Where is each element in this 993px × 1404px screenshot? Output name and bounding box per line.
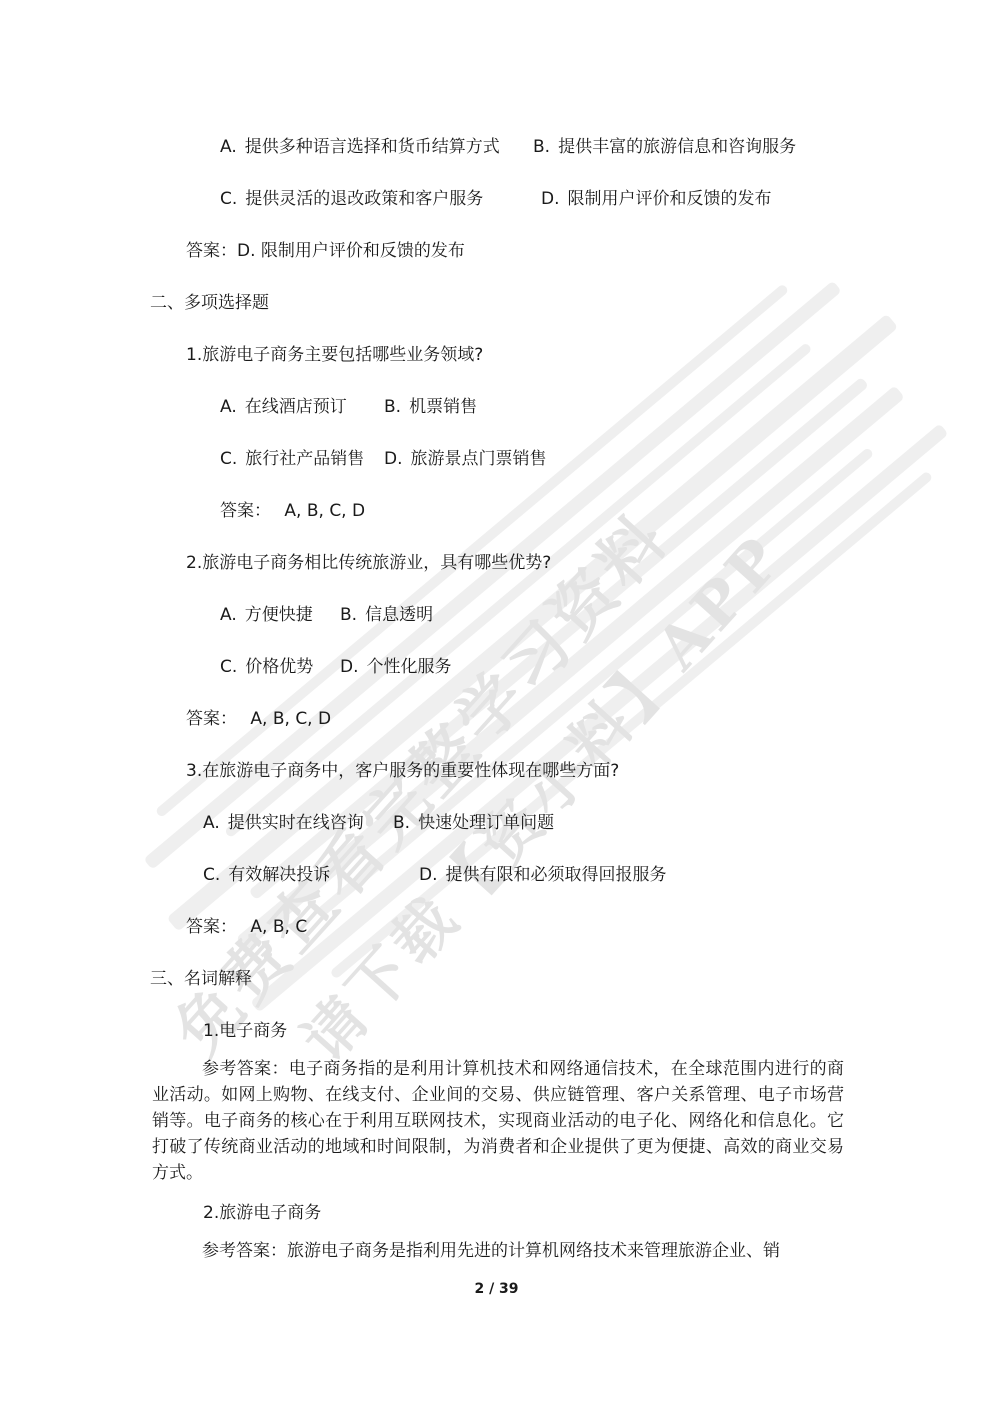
option-c: C.提供灵活的退改政策和客户服务 [220, 188, 483, 210]
term-title: 2.旅游电子商务 [203, 1202, 321, 1224]
option-c: C.价格优势 [220, 656, 313, 678]
page-indicator: 2 / 39 [0, 1281, 993, 1297]
option-a: A.提供实时在线咨询 [203, 812, 364, 834]
answer-line: 答案： A, B, C, D [186, 708, 331, 730]
answer-line: 答案： A, B, C [186, 916, 307, 938]
option-b: B.机票销售 [384, 396, 477, 418]
answer-line: 答案：D. 限制用户评价和反馈的发布 [186, 240, 465, 262]
option-d: D.提供有限和必须取得回报服务 [419, 864, 667, 886]
question-title: 3.在旅游电子商务中，客户服务的重要性体现在哪些方面? [186, 760, 619, 782]
term-answer: 参考答案：电子商务指的是利用计算机技术和网络通信技术，在全球范围内进行的商业活动… [152, 1056, 844, 1186]
option-d: D.限制用户评价和反馈的发布 [541, 188, 772, 210]
option-b: B.提供丰富的旅游信息和咨询服务 [533, 136, 796, 158]
answer-value: A, B, C, D [250, 709, 331, 729]
answer-value: A, B, C, D [284, 501, 365, 521]
option-c: C.旅行社产品销售 [220, 448, 364, 470]
document-page: 免费查看完整学习资料 请下载【资小料】APP A.提供多种语言选择和货币结算方式… [0, 0, 993, 1404]
question-title: 1.旅游电子商务主要包括哪些业务领域? [186, 344, 483, 366]
option-b: B.信息透明 [340, 604, 433, 626]
section-heading: 三、名词解释 [150, 968, 252, 990]
term-title: 1.电子商务 [203, 1020, 287, 1042]
option-b: B.快速处理订单问题 [393, 812, 554, 834]
term-answer: 参考答案：旅游电子商务是指利用先进的计算机网络技术来管理旅游企业、销 [152, 1238, 844, 1264]
option-a: A.提供多种语言选择和货币结算方式 [220, 136, 500, 158]
watermark-text-secondary: 请下载【资小料】APP [280, 513, 801, 1078]
answer-value: A, B, C [250, 917, 307, 937]
option-a: A.方便快捷 [220, 604, 313, 626]
option-d: D.旅游景点门票销售 [384, 448, 547, 470]
section-heading: 二、多项选择题 [150, 292, 269, 314]
answer-line: 答案： A, B, C, D [220, 500, 365, 522]
question-title: 2.旅游电子商务相比传统旅游业，具有哪些优势? [186, 552, 551, 574]
option-a: A.在线酒店预订 [220, 396, 347, 418]
option-c: C.有效解决投诉 [203, 864, 330, 886]
option-d: D.个性化服务 [340, 656, 452, 678]
